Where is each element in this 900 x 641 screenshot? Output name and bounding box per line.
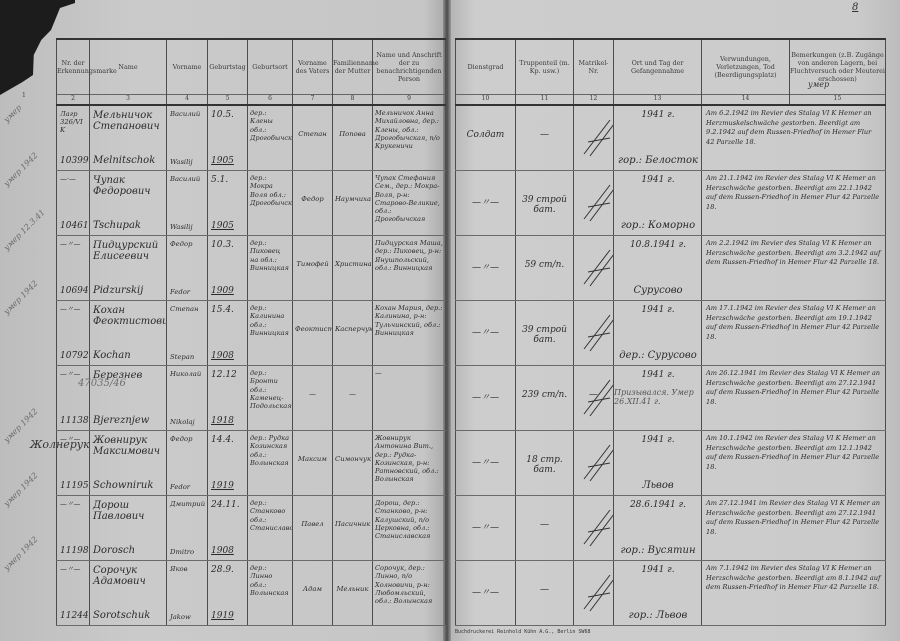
rank: —〃— bbox=[458, 455, 513, 468]
margin-annotation: умер 12.3.41 bbox=[2, 246, 56, 255]
tag-number: 11138 bbox=[60, 416, 87, 426]
header-kontakt: Name und Anschrift der zu benachrichtige… bbox=[373, 39, 446, 95]
mother-cell: — bbox=[333, 366, 373, 431]
table-row: —〃——28.6.1941 г.гор.: ВусятинAm 27.12.19… bbox=[456, 496, 886, 561]
right-column-numbers: 10 11 12 13 14 15 bbox=[456, 95, 886, 106]
table-row: —〃——1941 г.гор.: ЛьвовAm 7.1.1942 im Rev… bbox=[456, 561, 886, 626]
father-cell: — bbox=[293, 366, 333, 431]
name-cyrillic: Кохан Феоктистович bbox=[93, 305, 164, 327]
mother-cell: Христина bbox=[333, 236, 373, 301]
rank-cell: —〃— bbox=[456, 301, 516, 366]
contact-cell: Дорош, дер.: Станково, р-н: Калушский, п… bbox=[373, 496, 446, 561]
unit-cell: 39 строй бат. bbox=[516, 171, 574, 236]
col-num: 14 bbox=[702, 95, 790, 106]
matrikel-cell bbox=[574, 561, 614, 626]
name-cell: Мельничок СтепановичMelnitschok bbox=[90, 105, 167, 171]
table-row: —〃—11244Сорочук АдамовичSorotschukЯковJa… bbox=[57, 561, 446, 626]
contact-person: Чупак Стефания Сем., дер.: Мокра-Воля, р… bbox=[373, 171, 445, 227]
father-name: Максим bbox=[295, 455, 330, 463]
birthplace: дер.: Станково обл.: Станиславская bbox=[248, 496, 292, 535]
unit: 239 ст/п. bbox=[518, 390, 571, 400]
capture-place: гор.: Белосток bbox=[617, 155, 699, 166]
name-cell: БерезневBjereznjew bbox=[90, 366, 167, 431]
birthplace-cell: дер.: Станково обл.: Станиславская bbox=[248, 496, 293, 561]
death-record: Am 6.2.1942 im Revier des Stalag VI K He… bbox=[702, 106, 885, 150]
name-latin: Kochan bbox=[93, 350, 164, 361]
death-cell: Am 21.1.1942 im Revier des Stalag VI K H… bbox=[702, 171, 886, 236]
table-row: —〃—59 ст/п.10.8.1941 г.СурусовоAm 2.2.19… bbox=[456, 236, 886, 301]
annotation-top-right: умер bbox=[808, 80, 829, 89]
father-name: Павел bbox=[295, 520, 330, 528]
header-geburtsort: Geburtsort bbox=[248, 39, 293, 95]
birth-year: 1905 bbox=[211, 156, 245, 166]
mother-cell: Попова bbox=[333, 105, 373, 171]
birth-year: 1908 bbox=[211, 351, 245, 361]
contact-cell: Жовнирук Антонина Вит., дер.: Рудка-Кози… bbox=[373, 431, 446, 496]
capture-cell: 1941 г.Призывался. Умер 26.XII.41 г. bbox=[614, 366, 702, 431]
birth-day: 10.5. bbox=[211, 110, 245, 121]
mother-cell: Симончук bbox=[333, 431, 373, 496]
unit: — bbox=[518, 520, 571, 530]
father-name: Тимофей bbox=[295, 260, 330, 268]
contact-person: — bbox=[373, 366, 445, 380]
col-num: 3 bbox=[90, 95, 167, 106]
capture-date: 1941 г. bbox=[617, 175, 699, 186]
birth-year: 1918 bbox=[211, 416, 245, 426]
birthplace: дер.: Клены обл.: Дрогобычская bbox=[248, 106, 292, 145]
rank: —〃— bbox=[458, 195, 513, 208]
header-geburtstag: Geburtstag bbox=[208, 39, 248, 95]
birth-day: 12.12 bbox=[211, 370, 245, 381]
rank-cell: —〃— bbox=[456, 366, 516, 431]
matrikel-cell bbox=[574, 236, 614, 301]
birthplace: дер.: Мокра Воля обл.: Дрогобычская bbox=[248, 171, 292, 210]
table-row: —〃—10694Пидцурский ЕлисеевичPidzurskijФе… bbox=[57, 236, 446, 301]
birthplace-cell: дер.: Мокра Воля обл.: Дрогобычская bbox=[248, 171, 293, 236]
vorname-latin: Fedor bbox=[170, 483, 205, 491]
death-cell: Am 27.12.1941 im Revier des Stalag VI K … bbox=[702, 496, 886, 561]
table-row: —〃—39 строй бат.1941 г.гор.: КоморноAm 2… bbox=[456, 171, 886, 236]
matrikel-cell bbox=[574, 105, 614, 171]
contact-person: Жовнирук Антонина Вит., дер.: Рудка-Кози… bbox=[373, 431, 445, 487]
tag-prefix: —〃— bbox=[60, 370, 87, 378]
header-bemerkungen: Bemerkungen (z.B. Zugänge von anderen La… bbox=[790, 39, 886, 95]
header-erkennungsmarke: Nr. der Erkennungsmarke bbox=[57, 39, 90, 95]
header-vorname-vater: Vorname des Vaters bbox=[293, 39, 333, 95]
birth-year: 1909 bbox=[211, 286, 245, 296]
rank-cell: —〃— bbox=[456, 236, 516, 301]
vorname-latin: Wasilij bbox=[170, 223, 205, 231]
contact-person: Сорочук, дер.: Линно, п/о Холновичи, р-н… bbox=[373, 561, 445, 608]
capture-date: 28.6.1941 г. bbox=[617, 500, 699, 511]
contact-cell: Чупак Стефания Сем., дер.: Мокра-Воля, р… bbox=[373, 171, 446, 236]
name-cyrillic: Жовнирук Максимович bbox=[93, 435, 164, 457]
name-latin: Melnitschok bbox=[93, 155, 164, 166]
capture-place: Сурусово bbox=[617, 285, 699, 296]
rank: Солдат bbox=[458, 130, 513, 140]
vorname-cyrillic: Дмитрий bbox=[170, 500, 205, 508]
unit-cell: 39 строй бат. bbox=[516, 301, 574, 366]
name-cyrillic: Чупак Федорович bbox=[93, 175, 164, 197]
unit: — bbox=[518, 130, 571, 140]
col-num: 10 bbox=[456, 95, 516, 106]
father-cell: Максим bbox=[293, 431, 333, 496]
tag-cell: —〃—10792 bbox=[57, 301, 90, 366]
birthplace: дер.: Калинина обл.: Винницкая bbox=[248, 301, 292, 340]
contact-cell: Пидцурская Маша, дер.: Пиковец, р-н: Яну… bbox=[373, 236, 446, 301]
tag-number: 11244 bbox=[60, 611, 87, 621]
matrikel-cell bbox=[574, 301, 614, 366]
capture-cell: 1941 г.гор.: Коморно bbox=[614, 171, 702, 236]
rank-cell: —〃— bbox=[456, 171, 516, 236]
unit-cell: 239 ст/п. bbox=[516, 366, 574, 431]
contact-cell: Мельничок Анна Михайловна, дер.: Клены, … bbox=[373, 105, 446, 171]
tag-prefix: —〃— bbox=[60, 565, 87, 573]
vorname-cell: ДмитрийDmitro bbox=[167, 496, 208, 561]
signature-stroke-icon bbox=[580, 244, 613, 289]
death-record: Am 26.12.1941 im Revier des Stalag VI K … bbox=[702, 366, 885, 410]
unit-cell: — bbox=[516, 496, 574, 561]
mother-name: — bbox=[335, 390, 370, 398]
birthplace: дер.: Рудка Козинская обл.: Волынская bbox=[248, 431, 292, 470]
capture-date: 1941 г. bbox=[617, 565, 699, 576]
unit-cell: — bbox=[516, 561, 574, 626]
mother-name: Христина bbox=[335, 260, 370, 268]
tag-cell: —〃—11198 bbox=[57, 496, 90, 561]
col-num: 9 bbox=[373, 95, 446, 106]
vorname-latin: Wasilij bbox=[170, 158, 205, 166]
vorname-cell: ВасилийWasilij bbox=[167, 105, 208, 171]
left-header-row: Nr. der Erkennungsmarke Name Vorname Geb… bbox=[57, 39, 446, 95]
name-latin: Bjereznjew bbox=[93, 415, 164, 426]
capture-place: Львов bbox=[617, 480, 699, 491]
stamp-number: 47035/46 bbox=[78, 378, 126, 389]
rank: —〃— bbox=[458, 585, 513, 598]
capture-cell: 28.6.1941 г.гор.: Вусятин bbox=[614, 496, 702, 561]
capture-cell: 1941 г.гор.: Львов bbox=[614, 561, 702, 626]
tag-cell: Лагр 326/VI K10399 bbox=[57, 105, 90, 171]
table-row: —〃—18 стр. бат.1941 г.ЛьвовAm 10.1.1942 … bbox=[456, 431, 886, 496]
birthplace: дер.: Бронти обл.: Каменец-Подольская bbox=[248, 366, 292, 413]
vorname-cyrillic: Николай bbox=[170, 370, 205, 378]
tag-number: 10792 bbox=[60, 351, 87, 361]
father-cell: Федор bbox=[293, 171, 333, 236]
tag-prefix: —·— bbox=[60, 175, 87, 183]
table-row: —〃—10792Кохан ФеоктистовичKochanСтепанSt… bbox=[57, 301, 446, 366]
vorname-cell: ФедорFedor bbox=[167, 236, 208, 301]
col-num: 6 bbox=[248, 95, 293, 106]
mother-name: Пасичник bbox=[335, 520, 370, 528]
mother-cell: Касперчук bbox=[333, 301, 373, 366]
birth-year: 1905 bbox=[211, 221, 245, 231]
table-row: —·—10461Чупак ФедоровичTschupakВасилийWa… bbox=[57, 171, 446, 236]
col-num: 8 bbox=[333, 95, 373, 106]
contact-cell: Сорочук, дер.: Линно, п/о Холновичи, р-н… bbox=[373, 561, 446, 626]
name-cell: Чупак ФедоровичTschupak bbox=[90, 171, 167, 236]
mother-name: Мельник bbox=[335, 585, 370, 593]
father-cell: Тимофей bbox=[293, 236, 333, 301]
vorname-cell: СтепанStepan bbox=[167, 301, 208, 366]
name-cell: Жовнирук МаксимовичSchowniruk bbox=[90, 431, 167, 496]
col-num: 2 bbox=[57, 95, 90, 106]
matrikel-cell: — bbox=[574, 366, 614, 431]
birthdate-cell: 24.11.1908 bbox=[208, 496, 248, 561]
handwritten-note: Призывался. Умер 26.XII.41 г. bbox=[614, 388, 701, 406]
col-num: 15 bbox=[790, 95, 886, 106]
capture-date: 10.8.1941 г. bbox=[617, 240, 699, 251]
birthdate-cell: 28.9.1919 bbox=[208, 561, 248, 626]
death-cell: Am 17.1.1942 im Revier des Stalag VI K H… bbox=[702, 301, 886, 366]
capture-date: 1941 г. bbox=[617, 370, 699, 381]
table-row: Солдат—1941 г.гор.: БелостокAm 6.2.1942 … bbox=[456, 105, 886, 171]
name-cyrillic: Мельничок Степанович bbox=[93, 110, 164, 132]
name-cyrillic: Сорочук Адамович bbox=[93, 565, 164, 587]
birth-day: 24.11. bbox=[211, 500, 245, 511]
page-number: 8 bbox=[852, 2, 858, 13]
rank: —〃— bbox=[458, 260, 513, 273]
mother-name: Наумчиха bbox=[335, 195, 370, 203]
unit-cell: — bbox=[516, 105, 574, 171]
contact-person: Мельничок Анна Михайловна, дер.: Клены, … bbox=[373, 106, 445, 153]
tag-cell: —〃—11138 bbox=[57, 366, 90, 431]
rank: —〃— bbox=[458, 390, 513, 403]
birthdate-cell: 12.121918 bbox=[208, 366, 248, 431]
birthplace-cell: дер.: Линно обл.: Волынская bbox=[248, 561, 293, 626]
capture-place: гор.: Вусятин bbox=[617, 545, 699, 556]
vorname-latin: Dmitro bbox=[170, 548, 205, 556]
vorname-cyrillic: Федор bbox=[170, 435, 205, 443]
tag-number: 11198 bbox=[60, 546, 87, 556]
birthplace-cell: дер.: Клены обл.: Дрогобычская bbox=[248, 105, 293, 171]
father-cell: Феоктист bbox=[293, 301, 333, 366]
tag-cell: —·—10461 bbox=[57, 171, 90, 236]
signature-stroke-icon bbox=[580, 504, 613, 549]
father-name: Степан bbox=[295, 130, 330, 138]
right-register-table: Dienstgrad Truppenteil (m. Kp. usw.) Mat… bbox=[455, 38, 886, 626]
birth-day: 14.4. bbox=[211, 435, 245, 446]
death-record: Am 21.1.1942 im Revier des Stalag VI K H… bbox=[702, 171, 885, 215]
name-cell: Сорочук АдамовичSorotschuk bbox=[90, 561, 167, 626]
signature-stroke-icon bbox=[580, 179, 613, 224]
name-cyrillic: Пидцурский Елисеевич bbox=[93, 240, 164, 262]
birthdate-cell: 14.4.1919 bbox=[208, 431, 248, 496]
col-num: 11 bbox=[516, 95, 574, 106]
vorname-cyrillic: Федор bbox=[170, 240, 205, 248]
tag-number: 11195 bbox=[60, 481, 87, 491]
birth-day: 15.4. bbox=[211, 305, 245, 316]
vorname-cyrillic: Степан bbox=[170, 305, 205, 313]
father-name: — bbox=[295, 390, 330, 398]
vorname-latin: Stepan bbox=[170, 353, 205, 361]
birth-day: 28.9. bbox=[211, 565, 245, 576]
matrikel-cell bbox=[574, 496, 614, 561]
rank-cell: Солдат bbox=[456, 105, 516, 171]
rank: —〃— bbox=[458, 325, 513, 338]
unit: — bbox=[518, 585, 571, 595]
vorname-cell: ФедорFedor bbox=[167, 431, 208, 496]
name-latin: Dorosch bbox=[93, 545, 164, 556]
mother-cell: Пасичник bbox=[333, 496, 373, 561]
capture-cell: 1941 г.гор.: Белосток bbox=[614, 105, 702, 171]
matrikel: — bbox=[576, 390, 611, 400]
vorname-cell: ЯковJakow bbox=[167, 561, 208, 626]
tag-prefix: —〃— bbox=[60, 240, 87, 248]
margin-annotation: умер 1942 bbox=[2, 502, 56, 511]
rank: —〃— bbox=[458, 520, 513, 533]
tag-prefix: Лагр 326/VI K bbox=[60, 110, 87, 135]
table-row: —〃—11195Жовнирук МаксимовичSchownirukФед… bbox=[57, 431, 446, 496]
vorname-cell: ВасилийWasilij bbox=[167, 171, 208, 236]
mother-name: Симончук bbox=[335, 455, 370, 463]
table-row: —〃—11138БерезневBjereznjewНиколайNikolaj… bbox=[57, 366, 446, 431]
col-num: 4 bbox=[167, 95, 208, 106]
birthplace: дер.: Линно обл.: Волынская bbox=[248, 561, 292, 600]
col-num: 13 bbox=[614, 95, 702, 106]
margin-annotation: умер 1942 bbox=[2, 182, 56, 191]
header-dienstgrad: Dienstgrad bbox=[456, 39, 516, 95]
name-latin: Pidzurskij bbox=[93, 285, 164, 296]
printer-mark: Buchdruckerei Reinhold Kühn A.G., Berlin… bbox=[455, 629, 590, 635]
father-cell: Степан bbox=[293, 105, 333, 171]
signature-stroke-icon bbox=[580, 309, 613, 354]
name-latin: Sorotschuk bbox=[93, 610, 164, 621]
margin-annotation: умер bbox=[2, 118, 56, 127]
left-column-numbers: 2 3 4 5 6 7 8 9 bbox=[57, 95, 446, 106]
col-num: 12 bbox=[574, 95, 614, 106]
capture-place: гор.: Львов bbox=[617, 610, 699, 621]
death-cell: Am 10.1.1942 im Revier des Stalag VI K H… bbox=[702, 431, 886, 496]
birth-year: 1908 bbox=[211, 546, 245, 556]
unit-cell: 59 ст/п. bbox=[516, 236, 574, 301]
death-cell: Am 26.12.1941 im Revier des Stalag VI K … bbox=[702, 366, 886, 431]
birth-day: 5.1. bbox=[211, 175, 245, 186]
margin-annotation: умер 1942 bbox=[2, 566, 56, 575]
rank-cell: —〃— bbox=[456, 561, 516, 626]
rank-cell: —〃— bbox=[456, 496, 516, 561]
birthplace: дер.: Пиковец на обл.: Винницкая bbox=[248, 236, 292, 275]
death-cell: Am 7.1.1942 im Revier des Stalag VI K He… bbox=[702, 561, 886, 626]
tag-prefix: —〃— bbox=[60, 500, 87, 508]
table-row: —〃—39 строй бат.1941 г.дер.: СурусовоAm … bbox=[456, 301, 886, 366]
mother-name: Попова bbox=[335, 130, 370, 138]
signature-stroke-icon bbox=[580, 439, 613, 484]
father-name: Адам bbox=[295, 585, 330, 593]
vorname-cyrillic: Василий bbox=[170, 110, 205, 118]
name-alternate: Жолнерук bbox=[30, 438, 90, 451]
birthdate-cell: 15.4.1908 bbox=[208, 301, 248, 366]
vorname-cell: НиколайNikolaj bbox=[167, 366, 208, 431]
unit: 39 строй бат. bbox=[518, 325, 571, 345]
contact-person: Дорош, дер.: Станково, р-н: Калушский, п… bbox=[373, 496, 445, 543]
table-row: —〃—239 ст/п.—1941 г.Призывался. Умер 26.… bbox=[456, 366, 886, 431]
father-cell: Адам bbox=[293, 561, 333, 626]
vorname-cyrillic: Яков bbox=[170, 565, 205, 573]
father-name: Федор bbox=[295, 195, 330, 203]
birth-year: 1919 bbox=[211, 481, 245, 491]
death-record: Am 10.1.1942 im Revier des Stalag VI K H… bbox=[702, 431, 885, 475]
header-tod: Verwundungen, Verletzungen, Tod (Beerdig… bbox=[702, 39, 790, 95]
birthdate-cell: 5.1.1905 bbox=[208, 171, 248, 236]
death-record: Am 27.12.1941 im Revier des Stalag VI K … bbox=[702, 496, 885, 540]
birth-year: 1919 bbox=[211, 611, 245, 621]
birthplace-cell: дер.: Калинина обл.: Винницкая bbox=[248, 301, 293, 366]
death-cell: Am 6.2.1942 im Revier des Stalag VI K He… bbox=[702, 105, 886, 171]
margin-annotation: умер 1942 bbox=[2, 310, 56, 319]
unit: 18 стр. бат. bbox=[518, 455, 571, 475]
death-record: Am 2.2.1942 im Revier des Stalag VI K He… bbox=[702, 236, 885, 271]
header-gefangennahme: Ort und Tag der Gefangennahme bbox=[614, 39, 702, 95]
tag-number: 10694 bbox=[60, 286, 87, 296]
mother-name: Касперчук bbox=[335, 325, 370, 333]
name-cell: Пидцурский ЕлисеевичPidzurskij bbox=[90, 236, 167, 301]
tag-cell: —〃—11244 bbox=[57, 561, 90, 626]
name-latin: Tschupak bbox=[93, 220, 164, 231]
contact-cell: Кохан Мария, дер.: Калинина, р-н: Тульчи… bbox=[373, 301, 446, 366]
tag-number: 10399 bbox=[60, 156, 87, 166]
mother-cell: Наумчиха bbox=[333, 171, 373, 236]
birthplace-cell: дер.: Рудка Козинская обл.: Волынская bbox=[248, 431, 293, 496]
death-cell: Am 2.2.1942 im Revier des Stalag VI K He… bbox=[702, 236, 886, 301]
matrikel-cell bbox=[574, 171, 614, 236]
contact-person: Пидцурская Маша, дер.: Пиковец, р-н: Яну… bbox=[373, 236, 445, 275]
unit-cell: 18 стр. бат. bbox=[516, 431, 574, 496]
contact-person: Кохан Мария, дер.: Калинина, р-н: Тульчи… bbox=[373, 301, 445, 340]
vorname-latin: Fedor bbox=[170, 288, 205, 296]
name-latin: Schowniruk bbox=[93, 480, 164, 491]
death-record: Am 17.1.1942 im Revier des Stalag VI K H… bbox=[702, 301, 885, 345]
header-familienname-mutter: Familienname der Mutter bbox=[333, 39, 373, 95]
birthdate-cell: 10.3.1909 bbox=[208, 236, 248, 301]
vorname-latin: Jakow bbox=[170, 613, 205, 621]
tag-prefix: —〃— bbox=[60, 305, 87, 313]
capture-date: 1941 г. bbox=[617, 305, 699, 316]
birthplace-cell: дер.: Пиковец на обл.: Винницкая bbox=[248, 236, 293, 301]
unit: 59 ст/п. bbox=[518, 260, 571, 270]
capture-place: дер.: Сурусово bbox=[617, 350, 699, 361]
capture-place: гор.: Коморно bbox=[617, 220, 699, 231]
tag-cell: —〃—10694 bbox=[57, 236, 90, 301]
contact-cell: — bbox=[373, 366, 446, 431]
capture-cell: 1941 г.Львов bbox=[614, 431, 702, 496]
header-matrikel: Matrikel-Nr. bbox=[574, 39, 614, 95]
signature-stroke-icon bbox=[580, 114, 613, 159]
col-num: 7 bbox=[293, 95, 333, 106]
vorname-latin: Nikolaj bbox=[170, 418, 205, 426]
capture-date: 1941 г. bbox=[617, 435, 699, 446]
left-register-table: Nr. der Erkennungsmarke Name Vorname Geb… bbox=[56, 38, 446, 626]
header-vorname: Vorname bbox=[167, 39, 208, 95]
table-row: —〃—11198Дорош ПавловичDoroschДмитрийDmit… bbox=[57, 496, 446, 561]
tag-number: 10461 bbox=[60, 221, 87, 231]
header-truppenteil: Truppenteil (m. Kp. usw.) bbox=[516, 39, 574, 95]
mother-cell: Мельник bbox=[333, 561, 373, 626]
birthdate-cell: 10.5.1905 bbox=[208, 105, 248, 171]
rank-cell: —〃— bbox=[456, 431, 516, 496]
birthplace-cell: дер.: Бронти обл.: Каменец-Подольская bbox=[248, 366, 293, 431]
matrikel-cell bbox=[574, 431, 614, 496]
father-name: Феоктист bbox=[295, 325, 330, 333]
signature-stroke-icon bbox=[580, 569, 613, 614]
col-num: 5 bbox=[208, 95, 248, 106]
capture-cell: 1941 г.дер.: Сурусово bbox=[614, 301, 702, 366]
capture-date: 1941 г. bbox=[617, 110, 699, 121]
name-cyrillic: Дорош Павлович bbox=[93, 500, 164, 522]
unit: 39 строй бат. bbox=[518, 195, 571, 215]
table-row: Лагр 326/VI K10399Мельничок СтепановичMe… bbox=[57, 105, 446, 171]
name-cell: Кохан ФеоктистовичKochan bbox=[90, 301, 167, 366]
vorname-cyrillic: Василий bbox=[170, 175, 205, 183]
birth-day: 10.3. bbox=[211, 240, 245, 251]
